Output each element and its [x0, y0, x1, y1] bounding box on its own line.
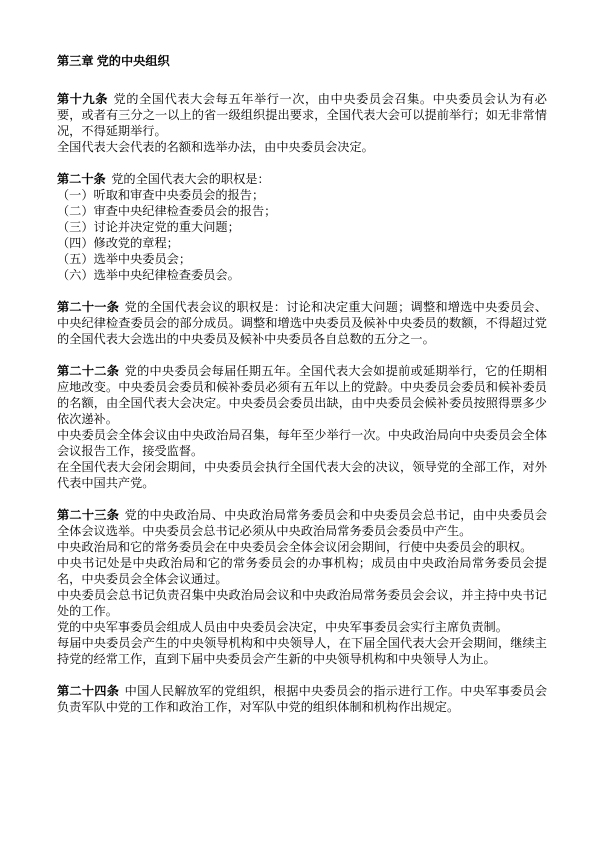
- article-list-item: （一）听取和审查中央委员会的报告；: [57, 187, 547, 203]
- article-paragraph: 在全国代表大会闭会期间，中央委员会执行全国代表大会的决议，领导党的全部工作，对外…: [57, 459, 547, 491]
- article-19-block: 第十九条党的全国代表大会每五年举行一次，由中央委员会召集。中央委员会认为有必要，…: [57, 91, 547, 155]
- article-list-item: （五）选举中央委员会；: [57, 251, 547, 267]
- article-list-item: （二）审查中央纪律检查委员会的报告；: [57, 203, 547, 219]
- article-list-item: （三）讨论并决定党的重大问题；: [57, 219, 547, 235]
- article-21-number: 第二十一条: [57, 300, 119, 314]
- article-paragraph: 中央委员会全体会议由中央政治局召集，每年至少举行一次。中央政治局向中央委员会全体…: [57, 427, 547, 459]
- article-24-block: 第二十四条中国人民解放军的党组织，根据中央委员会的指示进行工作。中央军事委员会负…: [57, 683, 547, 715]
- article-23-text: 党的中央政治局、中央政治局常务委员会和中央委员会总书记，由中央委员会全体会议选举…: [57, 508, 547, 538]
- article-20-number: 第二十条: [57, 172, 106, 186]
- article-22-block: 第二十二条党的中央委员会每届任期五年。全国代表大会如提前或延期举行，它的任期相应…: [57, 363, 547, 491]
- article-paragraph: 第二十二条党的中央委员会每届任期五年。全国代表大会如提前或延期举行，它的任期相应…: [57, 363, 547, 427]
- article-20-block: 第二十条党的全国代表大会的职权是： （一）听取和审查中央委员会的报告； （二）审…: [57, 171, 547, 283]
- article-21-text: 党的全国代表会议的职权是：讨论和决定重大问题；调整和增选中央委员会、中央纪律检查…: [57, 300, 547, 346]
- article-22-text: 党的中央委员会每届任期五年。全国代表大会如提前或延期举行，它的任期相应地改变。中…: [57, 364, 547, 426]
- article-20-text: 党的全国代表大会的职权是：: [111, 172, 269, 186]
- article-19-text: 党的全国代表大会每五年举行一次，由中央委员会召集。中央委员会认为有必要，或者有三…: [57, 92, 547, 138]
- article-paragraph: 第二十三条党的中央政治局、中央政治局常务委员会和中央委员会总书记，由中央委员会全…: [57, 507, 547, 539]
- article-paragraph: 第二十四条中国人民解放军的党组织，根据中央委员会的指示进行工作。中央军事委员会负…: [57, 683, 547, 715]
- article-paragraph: 中央委员会总书记负责召集中央政治局会议和中央政治局常务委员会会议，并主持中央书记…: [57, 587, 547, 619]
- article-paragraph: 第二十条党的全国代表大会的职权是：: [57, 171, 547, 187]
- article-paragraph: 全国代表大会代表的名额和选举办法，由中央委员会决定。: [57, 139, 547, 155]
- article-paragraph: 党的中央军事委员会组成人员由中央委员会决定，中央军事委员会实行主席负责制。: [57, 619, 547, 635]
- article-19-number: 第十九条: [57, 92, 108, 106]
- article-list-item: （六）选举中央纪律检查委员会。: [57, 267, 547, 283]
- article-23-block: 第二十三条党的中央政治局、中央政治局常务委员会和中央委员会总书记，由中央委员会全…: [57, 507, 547, 667]
- article-list-item: （四）修改党的章程；: [57, 235, 547, 251]
- article-23-number: 第二十三条: [57, 508, 119, 522]
- article-24-number: 第二十四条: [57, 684, 119, 698]
- article-paragraph: 中央书记处是中央政治局和它的常务委员会的办事机构；成员由中央政治局常务委员会提名…: [57, 555, 547, 587]
- article-paragraph: 中央政治局和它的常务委员会在中央委员会全体会议闭会期间，行使中央委员会的职权。: [57, 539, 547, 555]
- article-paragraph: 每届中央委员会产生的中央领导机构和中央领导人，在下届全国代表大会开会期间，继续主…: [57, 635, 547, 667]
- chapter-title: 第三章 党的中央组织: [57, 53, 547, 69]
- article-22-number: 第二十二条: [57, 364, 119, 378]
- article-paragraph: 第十九条党的全国代表大会每五年举行一次，由中央委员会召集。中央委员会认为有必要，…: [57, 91, 547, 139]
- document-page: 第三章 党的中央组织 第十九条党的全国代表大会每五年举行一次，由中央委员会召集。…: [0, 0, 600, 849]
- article-21-block: 第二十一条党的全国代表会议的职权是：讨论和决定重大问题；调整和增选中央委员会、中…: [57, 299, 547, 347]
- article-24-text: 中国人民解放军的党组织，根据中央委员会的指示进行工作。中央军事委员会负责军队中党…: [57, 684, 547, 714]
- article-paragraph: 第二十一条党的全国代表会议的职权是：讨论和决定重大问题；调整和增选中央委员会、中…: [57, 299, 547, 347]
